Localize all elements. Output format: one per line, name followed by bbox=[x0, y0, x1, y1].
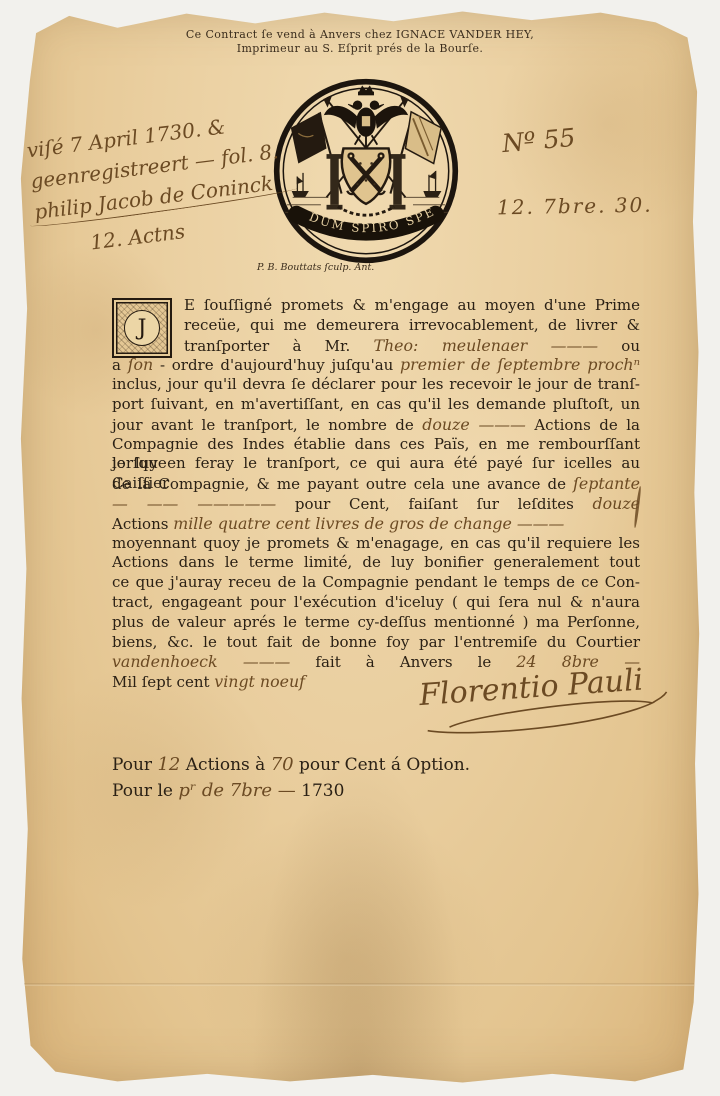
printed-text: de la Compagnie, & me payant outre cela … bbox=[112, 475, 573, 493]
printed-text: Actions bbox=[112, 515, 173, 533]
printed-text: jour avant le tranſport, le nombre de bbox=[112, 416, 422, 434]
body-line: biens, &c. le tout fait de bonne foy par… bbox=[112, 633, 640, 653]
printed-text: Actions à bbox=[180, 755, 270, 775]
handwritten-text: douze ——— bbox=[422, 415, 526, 434]
handwritten-text: — —— ————— bbox=[112, 494, 276, 513]
body-line: E ſouſſigné promets & m'engage au moyen … bbox=[112, 296, 640, 316]
printed-text: ce que j'auray receu de la Compagnie pen… bbox=[112, 573, 640, 591]
printed-text: receüe, qui me demeurera irrevocablement… bbox=[184, 316, 640, 334]
body-line: port ſuivant, en m'avertiſſant, en cas q… bbox=[112, 395, 640, 415]
contract-body: J E ſouſſigné promets & m'engage au moye… bbox=[112, 296, 640, 692]
handwritten-text: premier de ſeptembre prochⁿ bbox=[400, 355, 640, 374]
scanned-share-contract: Ce Contract ſe vend à Anvers chez IGNACE… bbox=[0, 0, 720, 1096]
body-line: ce que j'auray receu de la Compagnie pen… bbox=[112, 573, 640, 593]
printed-text: plus de valeur aprés le terme cy-deſſus … bbox=[112, 613, 640, 631]
contract-number-annotation: Nº 55 bbox=[501, 123, 577, 158]
handwritten-text: 70 bbox=[271, 754, 294, 775]
option-summary: Pour 12 Actions à 70 pour Cent á Option.… bbox=[112, 752, 572, 804]
body-line: tract, engageant pour l'exécution d'icel… bbox=[112, 593, 640, 613]
printed-text: biens, &c. le tout fait de bonne foy par… bbox=[112, 633, 640, 651]
printed-text: fait à Anvers le bbox=[290, 653, 516, 671]
body-line: jour avant le tranſport, le nombre de do… bbox=[112, 415, 640, 435]
handwritten-text: ſeptante bbox=[573, 474, 640, 493]
printed-text: Pour le bbox=[112, 781, 178, 801]
body-line: — —— ————— pour Cent, faiſant ſur leſdit… bbox=[112, 494, 640, 514]
printed-text: a bbox=[112, 356, 128, 374]
body-line: de la Compagnie, & me payant outre cela … bbox=[112, 474, 640, 494]
handwritten-text: douze bbox=[593, 494, 640, 513]
printed-text: pour Cent á Option. bbox=[294, 755, 470, 775]
date-annotation: 12. 7bre. 30. bbox=[497, 193, 653, 220]
handwritten-text: 12 bbox=[157, 754, 180, 775]
printed-text: Pour bbox=[112, 755, 157, 775]
body-line: tranſporter à Mr. Theo: meulenaer ——— ou bbox=[112, 336, 640, 356]
footer-line: Pour 12 Actions à 70 pour Cent á Option. bbox=[112, 752, 572, 778]
printed-text: ou bbox=[598, 337, 640, 355]
handwritten-text: vandenhoeck ——— bbox=[112, 652, 290, 671]
printer-imprint: Ce Contract ſe vend à Anvers chez IGNACE… bbox=[0, 28, 720, 56]
printed-text: 1730 bbox=[296, 781, 345, 801]
body-line: je luy en feray le tranſport, ce qui aur… bbox=[112, 454, 640, 474]
printed-text: port ſuivant, en m'avertiſſant, en cas q… bbox=[112, 395, 640, 413]
ship-icon bbox=[424, 171, 440, 196]
body-lines: E ſouſſigné promets & m'engage au moyen … bbox=[112, 296, 640, 692]
printed-text: Actions dans le terme limité, de luy bon… bbox=[112, 553, 640, 571]
engraver-caption: P. B. Bouttats ſculp. Ant. bbox=[257, 262, 374, 273]
drop-cap-letter: J bbox=[124, 310, 160, 346]
body-line: receüe, qui me demeurera irrevocablement… bbox=[112, 316, 640, 336]
body-line: a ſon - ordre d'aujourd'huy juſqu'au pre… bbox=[112, 355, 640, 375]
imprint-line-1: Ce Contract ſe vend à Anvers chez IGNACE… bbox=[0, 28, 720, 42]
printed-text: pour Cent, faiſant ſur leſdites bbox=[276, 495, 592, 513]
body-line: Actions dans le terme limité, de luy bon… bbox=[112, 553, 640, 573]
printed-text: moyennant quoy je promets & m'enagage, e… bbox=[112, 534, 640, 552]
garland-chain bbox=[338, 207, 394, 215]
printed-text: tract, engageant pour l'exécution d'icel… bbox=[112, 593, 640, 611]
body-line: inclus, jour qu'il devra ſe déclarer pou… bbox=[112, 375, 640, 395]
imprint-line-2: Imprimeur au S. Eſprit prés de la Bourſe… bbox=[0, 42, 720, 56]
drop-cap-block: J bbox=[112, 298, 172, 358]
printed-text: Mil ſept cent bbox=[112, 673, 214, 691]
handwritten-text: ſon bbox=[128, 355, 154, 374]
printed-text: - ordre d'aujourd'huy juſqu'au bbox=[153, 356, 400, 374]
body-line: plus de valeur aprés le terme cy-deſſus … bbox=[112, 613, 640, 633]
double-eagle-icon bbox=[325, 86, 408, 146]
company-seal: DUM SPIRO SPERO bbox=[272, 77, 460, 265]
printed-text: Actions de la bbox=[526, 416, 640, 434]
registration-annotations: viſé 7 April 1730. &geenregistreert — fo… bbox=[25, 105, 289, 264]
handwritten-text: mille quatre cent livres de gros de chan… bbox=[173, 514, 564, 533]
shield-crossed-anchors-icon bbox=[342, 148, 390, 203]
body-line: moyennant quoy je promets & m'enagage, e… bbox=[112, 534, 640, 554]
ship-icon bbox=[293, 173, 308, 197]
printed-text: inclus, jour qu'il devra ſe déclarer pou… bbox=[112, 375, 640, 393]
handwritten-text: vingt noeuf bbox=[214, 672, 305, 691]
handwritten-text: pʳ de 7bre — bbox=[178, 780, 295, 801]
printed-text: E ſouſſigné promets & m'engage au moyen … bbox=[184, 296, 640, 314]
body-line: Actions mille quatre cent livres de gros… bbox=[112, 514, 640, 534]
footer-line: Pour le pʳ de 7bre — 1730 bbox=[112, 778, 572, 804]
body-line: Compagnie des Indes établie dans ces Paï… bbox=[112, 435, 640, 455]
handwritten-text: Theo: meulenaer ——— bbox=[373, 336, 598, 355]
printed-text: tranſporter à Mr. bbox=[184, 337, 373, 355]
